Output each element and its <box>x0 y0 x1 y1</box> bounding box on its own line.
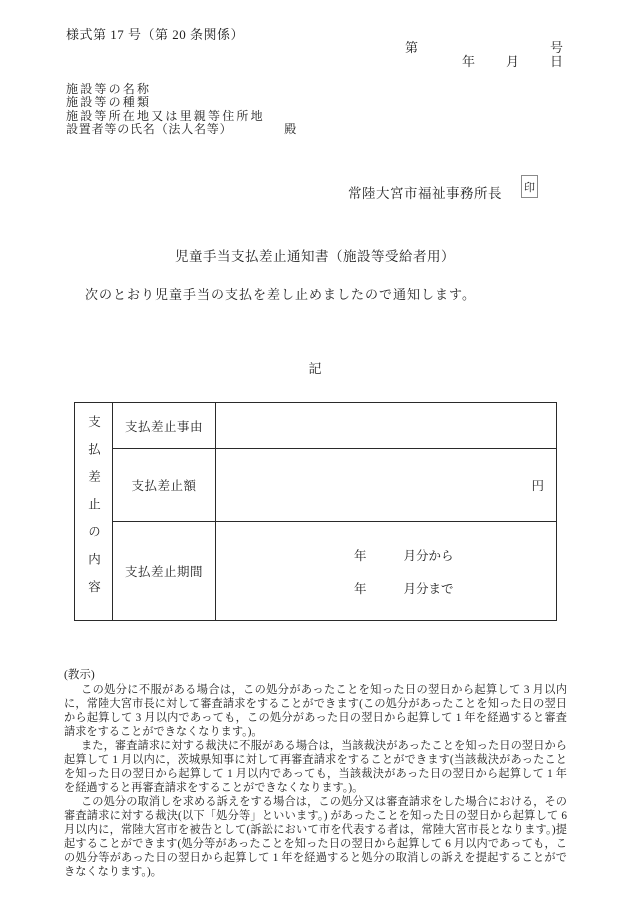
table-row-header-vertical-text: 支払差止の内容 <box>85 415 103 608</box>
amount-label-cell: 支払差止額 <box>113 449 216 521</box>
period-label-cell: 支払差止期間 <box>113 522 216 620</box>
date-year-label: 年 <box>462 51 475 70</box>
form-number: 様式第 17 号（第 20 条関係） <box>66 24 244 43</box>
table-row: 支払差止額 円 <box>113 449 556 522</box>
date-day-label: 日 <box>550 51 563 70</box>
document-title: 児童手当支払差止通知書（施設等受給者用） <box>0 245 630 265</box>
notice-body: この処分に不服がある場合は，この処分があったことを知った日の翌日から起算して 3… <box>64 683 567 879</box>
honorific-dono: 殿 <box>284 122 296 136</box>
doc-number-prefix: 第 <box>405 37 418 56</box>
period-from-line: 年 月分から <box>354 546 556 564</box>
notice-paragraph-1: この処分に不服がある場合は，この処分があったことを知った日の翌日から起算して 3… <box>64 683 567 739</box>
issuer-name: 常陸大宮市福祉事務所長 <box>348 182 502 202</box>
amount-unit-yen: 円 <box>531 476 544 494</box>
period-from-suffix: 月分から <box>404 546 454 564</box>
recipient-founder-name: 設置者等の氏名（法人名等） 殿 <box>66 123 296 136</box>
section-marker-ki: 記 <box>0 358 630 377</box>
date-line: 年 月 日 <box>462 51 563 70</box>
recipient-block: 施設等の名称 施設等の種類 施設等所在地又は里親等住所地 設置者等の氏名（法人名… <box>66 83 296 137</box>
period-from-year-label: 年 <box>354 546 367 564</box>
lead-sentence: 次のとおり児童手当の支払を差し止めましたので通知します。 <box>66 284 586 303</box>
period-to-year-label: 年 <box>354 579 367 597</box>
date-month-label: 月 <box>506 51 519 70</box>
amount-value-cell: 円 <box>216 449 556 521</box>
document-page: 様式第 17 号（第 20 条関係） 第 号 年 月 日 施設等の名称 施設等の… <box>0 0 630 903</box>
recipient-founder-label: 設置者等の氏名（法人名等） <box>66 122 232 136</box>
notice-paragraph-3: この処分の取消しを求める訴えをする場合は，この処分又は審査請求をした場合における… <box>64 795 567 879</box>
payment-suspension-table: 支払差止の内容 支払差止事由 支払差止額 円 支払差止期間 年 月分から <box>74 402 557 621</box>
table-row: 支払差止事由 <box>113 403 556 449</box>
notice-paragraph-2: また，審査請求に対する裁決に不服がある場合は，当該裁決があったことを知った日の翌… <box>64 739 567 795</box>
recipient-facility-type: 施設等の種類 <box>66 96 296 109</box>
period-to-suffix: 月分まで <box>404 579 454 597</box>
seal-character: 印 <box>524 179 535 195</box>
table-row: 支払差止期間 年 月分から 年 月分まで <box>113 522 556 620</box>
notice-heading: (教示) <box>64 666 95 682</box>
period-value-cell: 年 月分から 年 月分まで <box>216 522 556 620</box>
table-row-header-cell: 支払差止の内容 <box>75 403 113 620</box>
period-to-line: 年 月分まで <box>354 579 556 597</box>
reason-label-cell: 支払差止事由 <box>113 403 216 448</box>
seal-placeholder-box: 印 <box>521 175 538 198</box>
reason-value-cell <box>216 403 556 448</box>
table-rows: 支払差止事由 支払差止額 円 支払差止期間 年 月分から 年 <box>113 403 556 620</box>
